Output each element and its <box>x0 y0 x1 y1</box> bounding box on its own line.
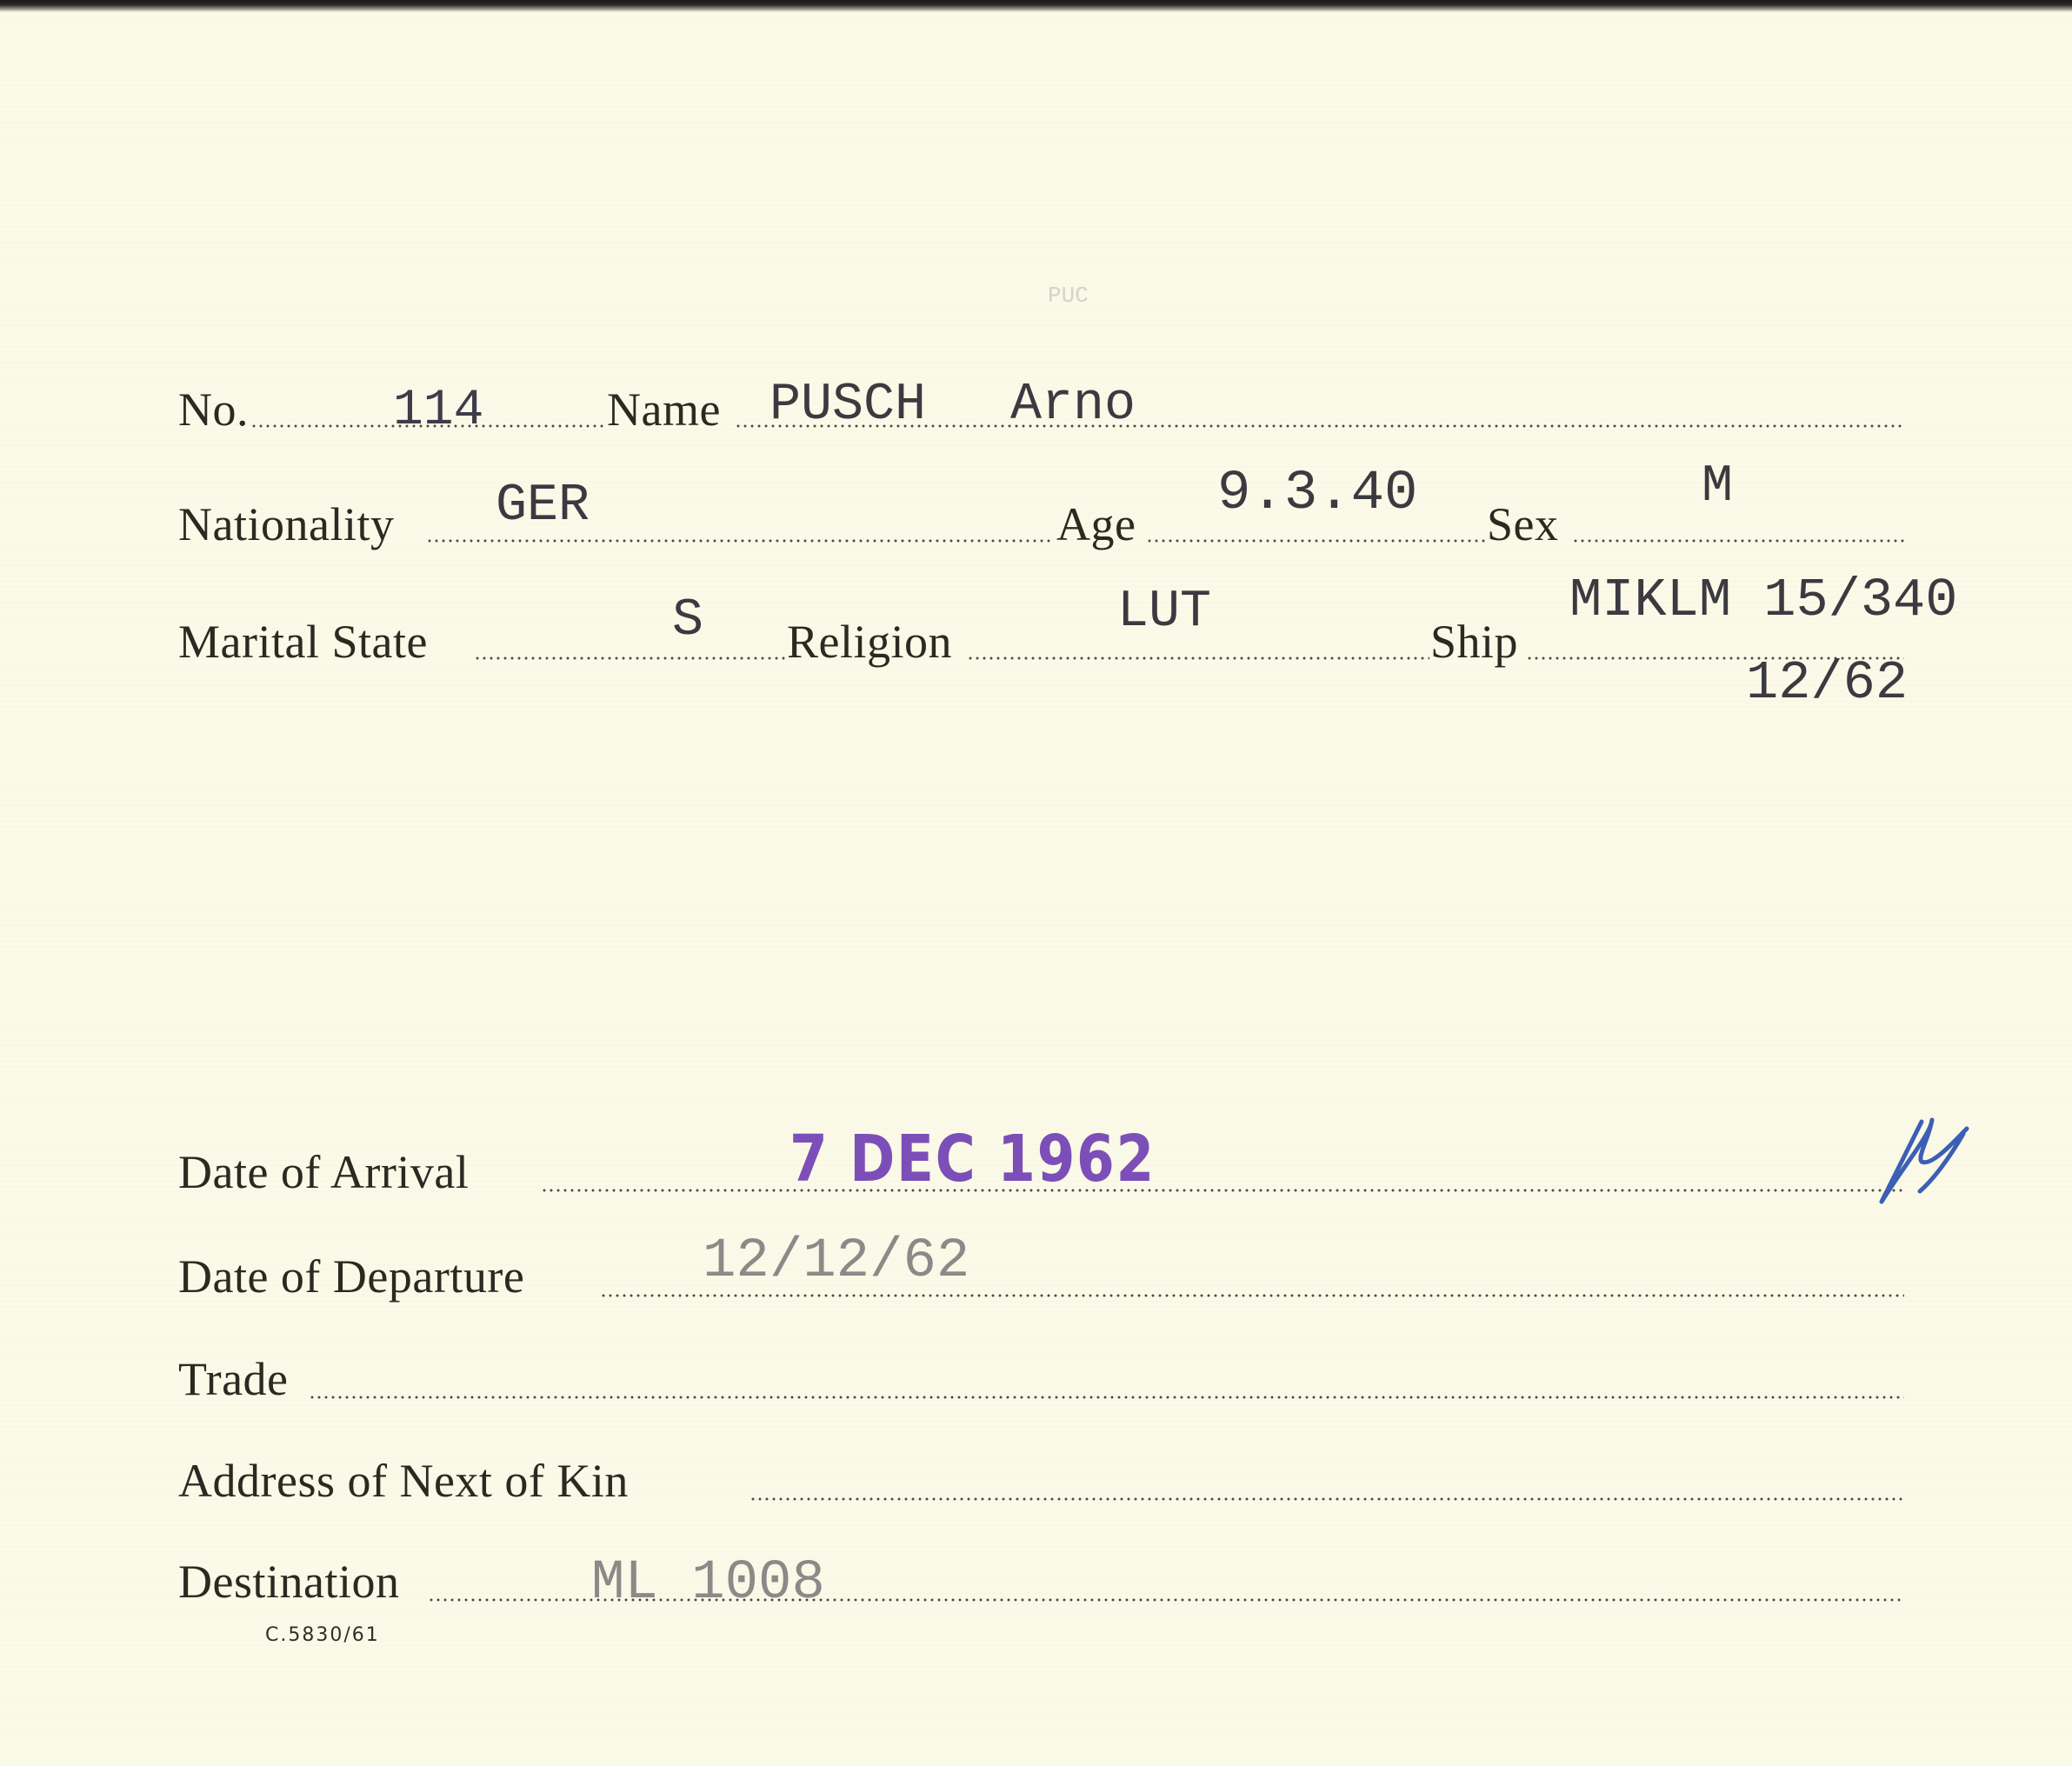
destination-value: ML 1008 <box>591 1552 825 1615</box>
form-number: C.5830/61 <box>265 1624 380 1646</box>
no-value: 114 <box>393 383 483 439</box>
name-given-value: Arno <box>1010 376 1136 435</box>
age-label: Age <box>1056 497 1136 551</box>
destination-label: Destination <box>178 1555 399 1609</box>
sex-label: Sex <box>1487 497 1559 551</box>
religion-dotted-line <box>967 656 1429 660</box>
faint-ghost-mark: PUC <box>1048 283 1089 309</box>
sex-value: M <box>1702 457 1733 516</box>
date-of-arrival-stamp: 7 DEC 1962 <box>789 1122 1156 1196</box>
ship-value: MIKLM 15/340 <box>1569 570 1957 631</box>
religion-value: LUT <box>1117 583 1211 642</box>
marital-state-label: Marital State <box>178 615 428 669</box>
nationality-dotted-line <box>426 539 1054 543</box>
nationality-label: Nationality <box>178 497 394 551</box>
age-value: 9.3.40 <box>1217 463 1417 525</box>
name-surname-value: PUSCH <box>770 376 926 435</box>
card-top-edge <box>0 0 2072 12</box>
initials-annotation-icon <box>1869 1104 2009 1209</box>
sex-dotted-line <box>1572 539 1904 543</box>
date-of-departure-value: 12/12/62 <box>703 1230 969 1293</box>
ship-value-line2: 12/62 <box>1746 652 1908 714</box>
date-of-arrival-label: Date of Arrival <box>178 1145 469 1199</box>
trade-label: Trade <box>178 1352 289 1406</box>
religion-label: Religion <box>787 615 952 669</box>
ship-label: Ship <box>1430 615 1518 669</box>
nationality-value: GER <box>496 476 590 536</box>
record-card: PUC No. 114 Name PUSCH Arno Nationality … <box>0 0 2072 1766</box>
date-of-arrival-dotted-line <box>541 1189 1904 1192</box>
marital-state-value: S <box>672 591 703 650</box>
age-dotted-line <box>1146 539 1485 543</box>
date-of-departure-dotted-line <box>600 1294 1904 1297</box>
marital-state-dotted-line <box>474 656 787 660</box>
date-of-departure-label: Date of Departure <box>178 1250 524 1303</box>
name-label: Name <box>607 383 721 437</box>
trade-dotted-line <box>309 1396 1904 1399</box>
address-next-of-kin-label: Address of Next of Kin <box>178 1454 629 1508</box>
address-next-of-kin-dotted-line <box>750 1497 1904 1501</box>
no-label: No. <box>178 383 249 437</box>
